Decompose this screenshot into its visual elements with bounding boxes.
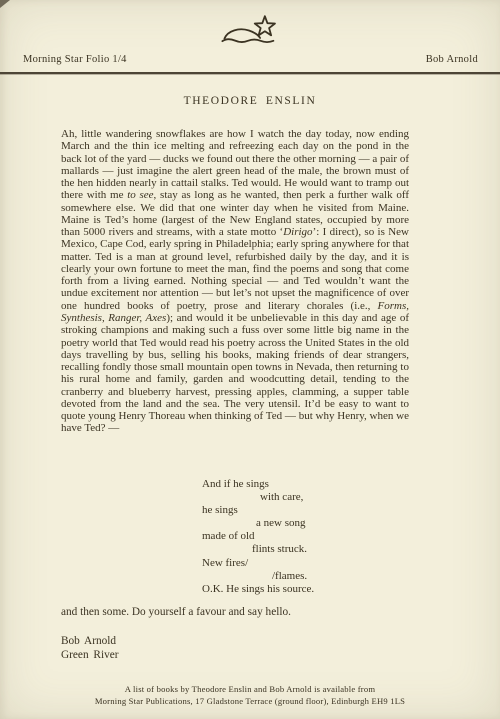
closing-line: and then some. Do yourself a favour and …	[61, 606, 291, 618]
line: A list of books by Theodore Enslin and B…	[0, 684, 500, 696]
line: /flames.	[202, 570, 314, 583]
line: Morning Star Publications, 17 Gladstone …	[0, 696, 500, 708]
scan-corner-artifact	[0, 0, 10, 8]
line: he sings	[202, 504, 314, 517]
signature-block: Bob ArnoldGreen River	[61, 634, 119, 663]
star-over-hill-icon	[216, 14, 284, 46]
essay-paragraph: Ah, little wandering snowflakes are how …	[61, 128, 409, 435]
line: with care,	[202, 491, 314, 504]
scanned-folio-page: Morning Star Folio 1/4 Bob Arnold THEODO…	[0, 0, 500, 719]
line: O.K. He sings his source.	[202, 583, 314, 596]
morning-star-ornament	[0, 14, 500, 46]
colophon: A list of books by Theodore Enslin and B…	[0, 684, 500, 707]
poem-block: And if he singswith care,he singsa new s…	[202, 478, 314, 596]
line: made of old	[202, 530, 314, 543]
line: Bob Arnold	[61, 634, 119, 648]
header-rule	[0, 72, 500, 74]
line: a new song	[202, 517, 314, 530]
line: flints struck.	[202, 543, 314, 556]
folio-header: Morning Star Folio 1/4 Bob Arnold	[23, 54, 478, 65]
line: And if he sings	[202, 478, 314, 491]
author-name: Bob Arnold	[426, 54, 478, 65]
line: Green River	[61, 648, 119, 662]
folio-title: Morning Star Folio 1/4	[23, 54, 127, 65]
line: New fires/	[202, 557, 314, 570]
page-title: THEODORE ENSLIN	[0, 95, 500, 107]
